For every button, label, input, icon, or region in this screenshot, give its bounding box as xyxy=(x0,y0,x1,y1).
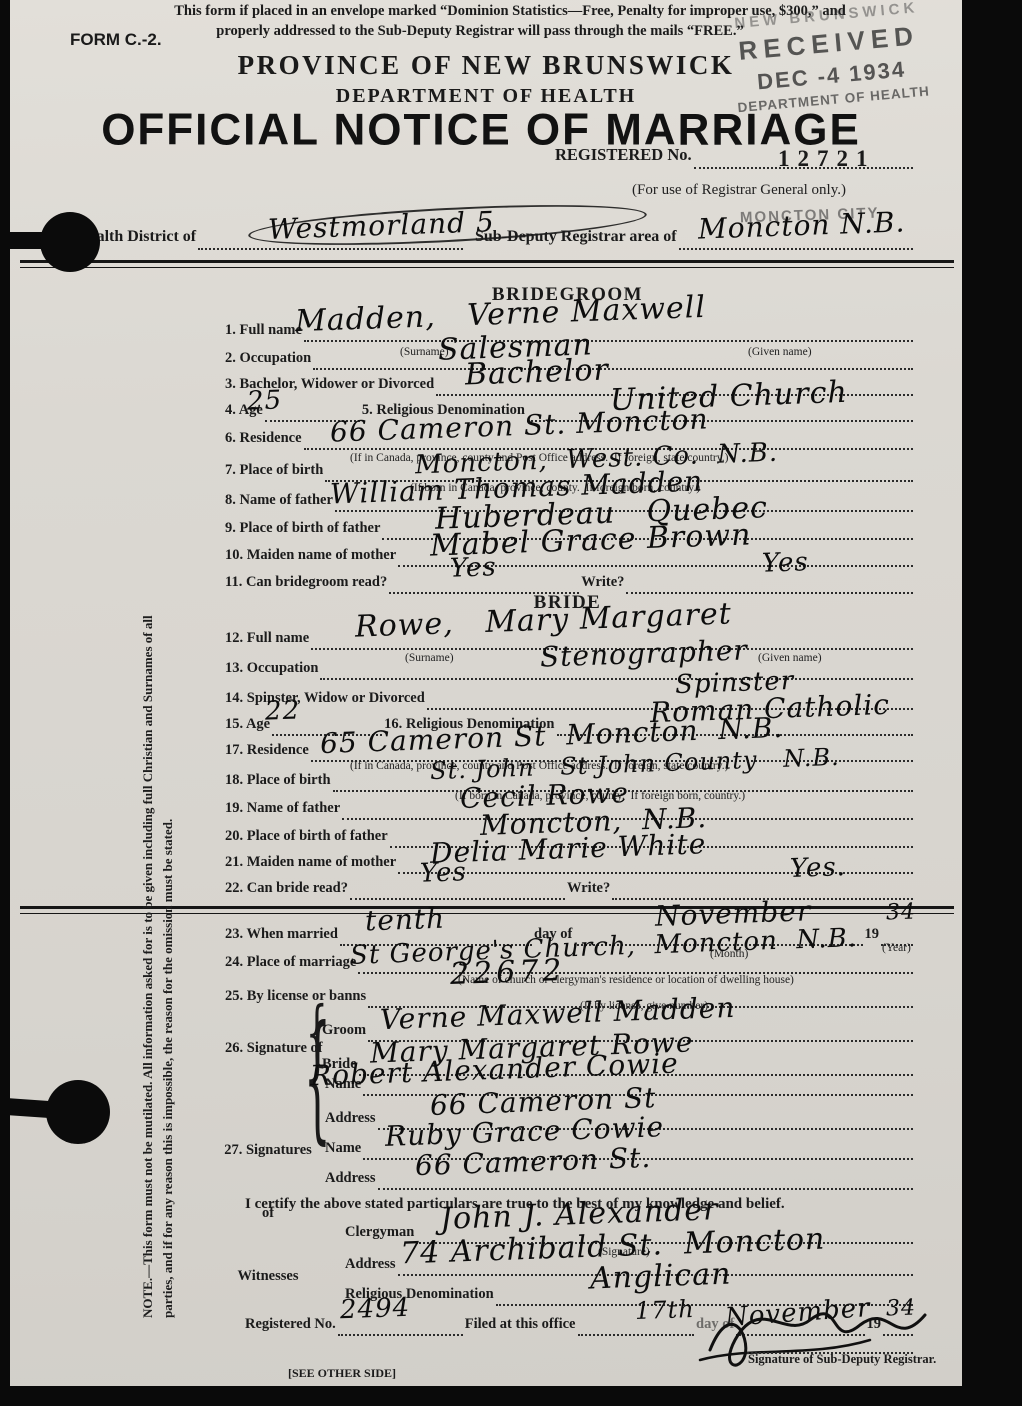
field-17-label: 17. Residence xyxy=(225,742,309,759)
filed-registered-leader xyxy=(338,1333,463,1336)
field-22-label: 22. Can bride read? xyxy=(225,880,348,897)
scan-edge-left xyxy=(0,0,10,1406)
form-number: FORM C.-2. xyxy=(70,30,162,50)
field-9-label: 9. Place of birth of father xyxy=(225,520,380,537)
punch-hole-top xyxy=(40,212,100,272)
witness1-address-label: Address xyxy=(325,1110,376,1127)
health-district-leader xyxy=(198,247,463,250)
scan-edge-right xyxy=(962,0,1022,1406)
field-25-label: 25. By license or banns xyxy=(225,988,366,1005)
margin-note-line1: NOTE.—This form must not be mutilated. A… xyxy=(138,438,158,1318)
field-6-label: 6. Residence xyxy=(225,430,302,447)
field-23-year-printed: 19 xyxy=(865,926,880,943)
bridegroom-status: Bachelor xyxy=(465,355,610,390)
field-1-label: 1. Full name xyxy=(225,322,302,339)
bridegroom-age: 25 xyxy=(247,387,283,414)
field-11-label: 11. Can bridegroom read? xyxy=(225,574,387,591)
field-13-label: 13. Occupation xyxy=(225,660,318,677)
field-27-label-line1: 27. Signatures xyxy=(222,1140,314,1161)
field-23-label: 23. When married xyxy=(225,926,338,943)
field-12-label: 12. Full name xyxy=(225,630,309,647)
field-19-label: 19. Name of father xyxy=(225,800,340,817)
field-11-write-label: Write? xyxy=(581,574,624,591)
witness2-address-label: Address xyxy=(325,1170,376,1187)
field-22-write-label: Write? xyxy=(567,880,610,897)
form-paper: This form if placed in an envelope marke… xyxy=(10,0,962,1386)
registrar-general-note: (For use of Registrar General only.) xyxy=(632,182,846,199)
margin-note-line2: parties, and if for any reason this is i… xyxy=(158,438,178,1318)
field-15-label: 15. Age xyxy=(225,716,270,733)
marriage-year: 34 xyxy=(886,901,917,924)
field-18-label: 18. Place of birth xyxy=(225,772,331,789)
witness2-address-leader xyxy=(378,1187,914,1190)
field-2-label: 2. Occupation xyxy=(225,350,311,367)
clergyman-address-label: Address xyxy=(345,1256,396,1273)
subdeputy-area-value: Moncton N.B. xyxy=(698,208,906,243)
field-13-leader xyxy=(320,677,913,680)
health-district-value: Westmorland 5 xyxy=(268,208,496,244)
marriage-day: tenth xyxy=(365,905,446,936)
field-20-label: 20. Place of birth of father xyxy=(225,828,388,845)
field-10-label: 10. Maiden name of mother xyxy=(225,547,396,564)
subdeputy-area-label: Sub-Deputy Registrar area of xyxy=(475,228,677,246)
registered-no-label: REGISTERED No. xyxy=(555,145,692,165)
filed-office-leader xyxy=(578,1333,695,1336)
field-7-label: 7. Place of birth xyxy=(225,462,323,479)
field-14-label: 14. Spinster, Widow or Divorced xyxy=(225,690,425,707)
field-24-label: 24. Place of marriage xyxy=(225,954,356,971)
bride-age: 22 xyxy=(265,697,301,724)
witness2-address: 66 Cameron St. xyxy=(415,1144,652,1180)
field-23-year-sub: (Year) xyxy=(882,942,911,954)
scan-edge-bottom xyxy=(0,1386,1022,1406)
bride-occupation: Stenographer xyxy=(540,636,749,671)
section-divider-top xyxy=(20,260,954,268)
bride-can-read: Yes xyxy=(420,859,468,887)
subdeputy-area-leader xyxy=(679,247,913,250)
field-21-label: 21. Maiden name of mother xyxy=(225,854,396,871)
registered-no-value: 12721 xyxy=(778,146,876,172)
see-other-side: [SEE OTHER SIDE] xyxy=(288,1366,396,1381)
bridegroom-can-read: Yes xyxy=(450,554,498,582)
registrar-signature-label: Signature of Sub-Deputy Registrar. xyxy=(748,1352,936,1367)
filed-registered-label: Registered No. xyxy=(245,1316,336,1333)
bride-can-write: Yes. xyxy=(790,854,847,882)
filed-office-label: Filed at this office xyxy=(465,1316,576,1333)
bridegroom-can-write: Yes xyxy=(762,549,810,577)
witness2-name-label: Name xyxy=(325,1140,361,1157)
filed-registered-value: 2494 xyxy=(340,1295,411,1323)
punch-hole-bottom xyxy=(46,1080,110,1144)
filed-day-value: 17th xyxy=(635,1297,695,1323)
license-number: 22672 xyxy=(450,956,566,990)
field-1-leader xyxy=(304,339,913,342)
field-22-leader xyxy=(350,897,565,900)
field-2-leader xyxy=(313,367,913,370)
field-8-label: 8. Name of father xyxy=(225,492,333,509)
margin-note: NOTE.—This form must not be mutilated. A… xyxy=(138,438,182,1318)
field-27-label-line3: Witnesses xyxy=(222,1266,314,1287)
